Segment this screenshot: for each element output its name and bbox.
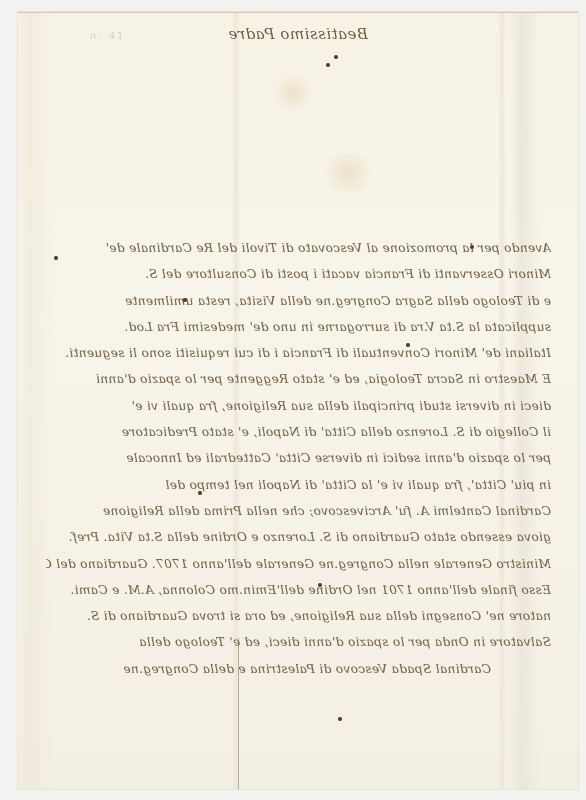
ink-blot (54, 256, 58, 260)
text-line: natore ne' Consegni della sua Religione,… (46, 603, 551, 629)
text-line: e di Teologo della Sagra Congreg.ne dell… (46, 288, 551, 314)
text-line: supplicata la S.ta V.ra di surrogarne in… (46, 314, 551, 340)
text-line: Esso finale dell'anno 1701 nel Ordine de… (46, 577, 551, 603)
text-line: Minori Osservanti di Francia vacati i po… (46, 261, 551, 287)
text-line: E Maestro in Sacra Teologia, ed e' stato… (46, 366, 551, 392)
text-line: Avendo per la promozione al Vescovato di… (46, 235, 551, 261)
text-line: il Collegio di S. Lorenzo della Citta' d… (46, 419, 551, 445)
ink-blot (198, 491, 202, 495)
paper-stain (318, 153, 378, 193)
ink-blot (334, 55, 338, 59)
ink-blot (318, 583, 322, 587)
letter-body: Avendo per la promozione al Vescovato di… (46, 235, 551, 682)
ink-blot (326, 63, 330, 67)
text-line: dieci in diversi studi principali della … (46, 393, 551, 419)
ink-blot (470, 245, 474, 249)
text-line: Salvatore in Onda per lo spazio d'anni d… (46, 629, 551, 655)
text-line: Cardinal Spada Vescovo di Palestrina e d… (46, 656, 551, 682)
ink-blot (338, 717, 342, 721)
letter-salutation: Beatissimo Padre (218, 25, 378, 43)
text-line: Ministro Generale nella Congreg.ne Gener… (46, 551, 551, 577)
text-line: giova essendo stato Guardiano di S. Lore… (46, 524, 551, 550)
paper-stain (273, 73, 313, 113)
text-line: Cardinal Cantelmi A. fu' Arcivescovo; ch… (46, 498, 551, 524)
text-line: per lo spazio d'anni sedici in diverse C… (46, 445, 551, 471)
corner-mark: n. 41 (90, 31, 125, 42)
text-line: in piu' Citta', fra quali vi e' la Citta… (46, 472, 551, 498)
text-line: Italiani de' Minori Conventuali di Franc… (46, 340, 551, 366)
ink-blot (406, 343, 410, 347)
ink-blot (183, 298, 187, 302)
manuscript-page: n. 41 Beatissimo Padre Avendo per la pro… (18, 12, 578, 789)
